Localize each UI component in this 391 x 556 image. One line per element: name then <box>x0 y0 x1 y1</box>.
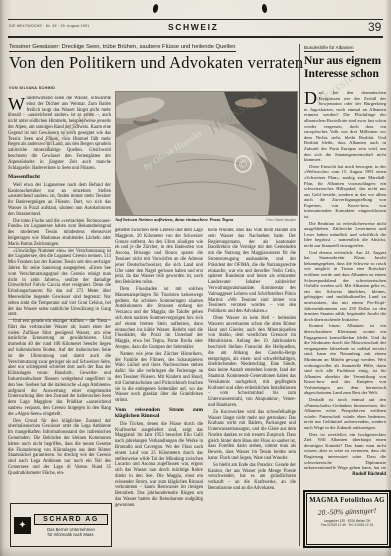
paragraph: Diese Einsicht hat mich bewogen, in der … <box>304 164 386 220</box>
paragraph-annotated: «Unwürdige Nummer eins» der Verschmutzun… <box>8 249 111 319</box>
paragraph: Den Grund für den kläglichen Zustand der… <box>8 419 111 477</box>
photo-caption: Auf heissen Steinen aufheizen, dann eint… <box>115 217 265 222</box>
column-divider <box>299 44 300 546</box>
paragraph: Die Reaktion ist erfreulicherweise nicht… <box>304 221 386 249</box>
subhead-rinnsal: Vom reissenden Strom zum kläglichen Rinn… <box>115 407 203 420</box>
subhead-massenflucht: Massenflucht <box>8 174 111 180</box>
paragraph: Kommt hinzu: Albanien ist ein überschaub… <box>304 323 386 396</box>
paragraph: Darf, bei den dramatischen Ereignissen w… <box>304 90 386 163</box>
right-kicker: Bundeshilfe für Albanien <box>304 45 354 50</box>
right-headline: Nur aus eignem Interesse schon <box>304 55 386 81</box>
punch-hole-right <box>261 4 267 14</box>
dropcap: D <box>304 90 319 105</box>
main-headline: Von den Politikern und Advokaten verrate… <box>9 53 303 73</box>
dropcap: W <box>8 96 27 111</box>
column-1: Wunderwirkend seien die Wasser, schwärmt… <box>8 96 111 500</box>
photo-sunbather-left <box>134 116 152 121</box>
main-kicker: Tessiner Gewässer: Dreckige Seen, trübe … <box>9 44 236 50</box>
page-number: 39 <box>368 20 381 34</box>
right-article-body: Darf, bei den dramatischen Ereignissen w… <box>304 90 386 470</box>
paragraph: Und erst gerade ein einziger Abfluss – d… <box>8 319 111 418</box>
paragraph: Deshalb ist noch einmal auf den «Patensc… <box>304 397 386 431</box>
paragraph: Weil etwa der Luganersee nach dem Befund… <box>8 183 111 218</box>
paragraph: Dem Flussbaden ist mit solchen Massenans… <box>115 287 203 351</box>
paragraph: Zu Kurzwecken wird das schwefelhaltige W… <box>208 410 296 462</box>
photo-sunbather-right <box>235 99 265 108</box>
article-photo: © by Olivia Heussler <box>115 91 298 216</box>
byline: VON SILVANA SCHMID <box>9 86 55 90</box>
magma-ad: MAGMA Fotolithos AG 20.-50% günstiger! L… <box>303 490 391 548</box>
schard-logo-icon: ✦ <box>14 517 31 534</box>
magma-name: MAGMA Fotolithos AG <box>307 497 387 504</box>
paragraph: So bleibt am Ende das Paradox: Gerade de… <box>208 463 296 492</box>
schard-name: SCHARD AG <box>34 514 108 525</box>
magma-offer: 20.-50% günstiger! <box>307 506 387 518</box>
photo-credit: Foto: Olivia Heussler <box>262 218 296 222</box>
paragraph: Dies ist zweifellos ein hochgestecktes Z… <box>304 432 386 470</box>
paragraph: Ohne Wasser ist kein Heil – heilenden Wa… <box>208 316 296 409</box>
masthead-rule-bottom <box>8 36 383 38</box>
paragraph: Die toten Fische und die «vertrackten Te… <box>8 219 111 248</box>
schard-ad: ✦ SCHARD AG Das Berner Unternehmen für I… <box>10 503 112 547</box>
masthead-rule-top <box>8 19 383 20</box>
paragraph: gebettet zwischen dem Ceresio und dem La… <box>115 228 203 286</box>
punch-hole-left <box>152 4 159 14</box>
column-2: gebettet zwischen dem Ceresio und dem La… <box>115 228 203 556</box>
column-3: Kein Wunder, dass das Volk beim Handel u… <box>208 228 296 556</box>
paragraph: Die Tücken, denen die Flüsse durch die K… <box>115 422 203 509</box>
author-signature: Rudolf Bächtold <box>304 472 386 477</box>
issue-info: DIE WELTWOCHE · Nr. 35 · 29. August 1991 <box>9 24 89 28</box>
newspaper-page: DIE WELTWOCHE · Nr. 35 · 29. August 1991… <box>0 0 391 556</box>
paragraph: Kein Wunder, dass das Volk beim Handel u… <box>208 228 296 315</box>
paragraph: Wunderwirkend seien die Wasser, schwärmt… <box>8 96 111 171</box>
section-title: SCHWEIZ <box>168 22 218 32</box>
copyright-mark: © <box>239 160 247 171</box>
schard-tagline-line2: für Informatik nach Mass. <box>34 532 108 537</box>
paragraph: Namen wie jene des Zürcher Historikers, … <box>115 352 203 404</box>
paragraph: Und ebenso erfreulich: Am 22. August hat… <box>304 250 386 323</box>
magma-address-line2: Fax 01/915 12 49 · Tel. 01/915 12 15 <box>307 523 387 527</box>
